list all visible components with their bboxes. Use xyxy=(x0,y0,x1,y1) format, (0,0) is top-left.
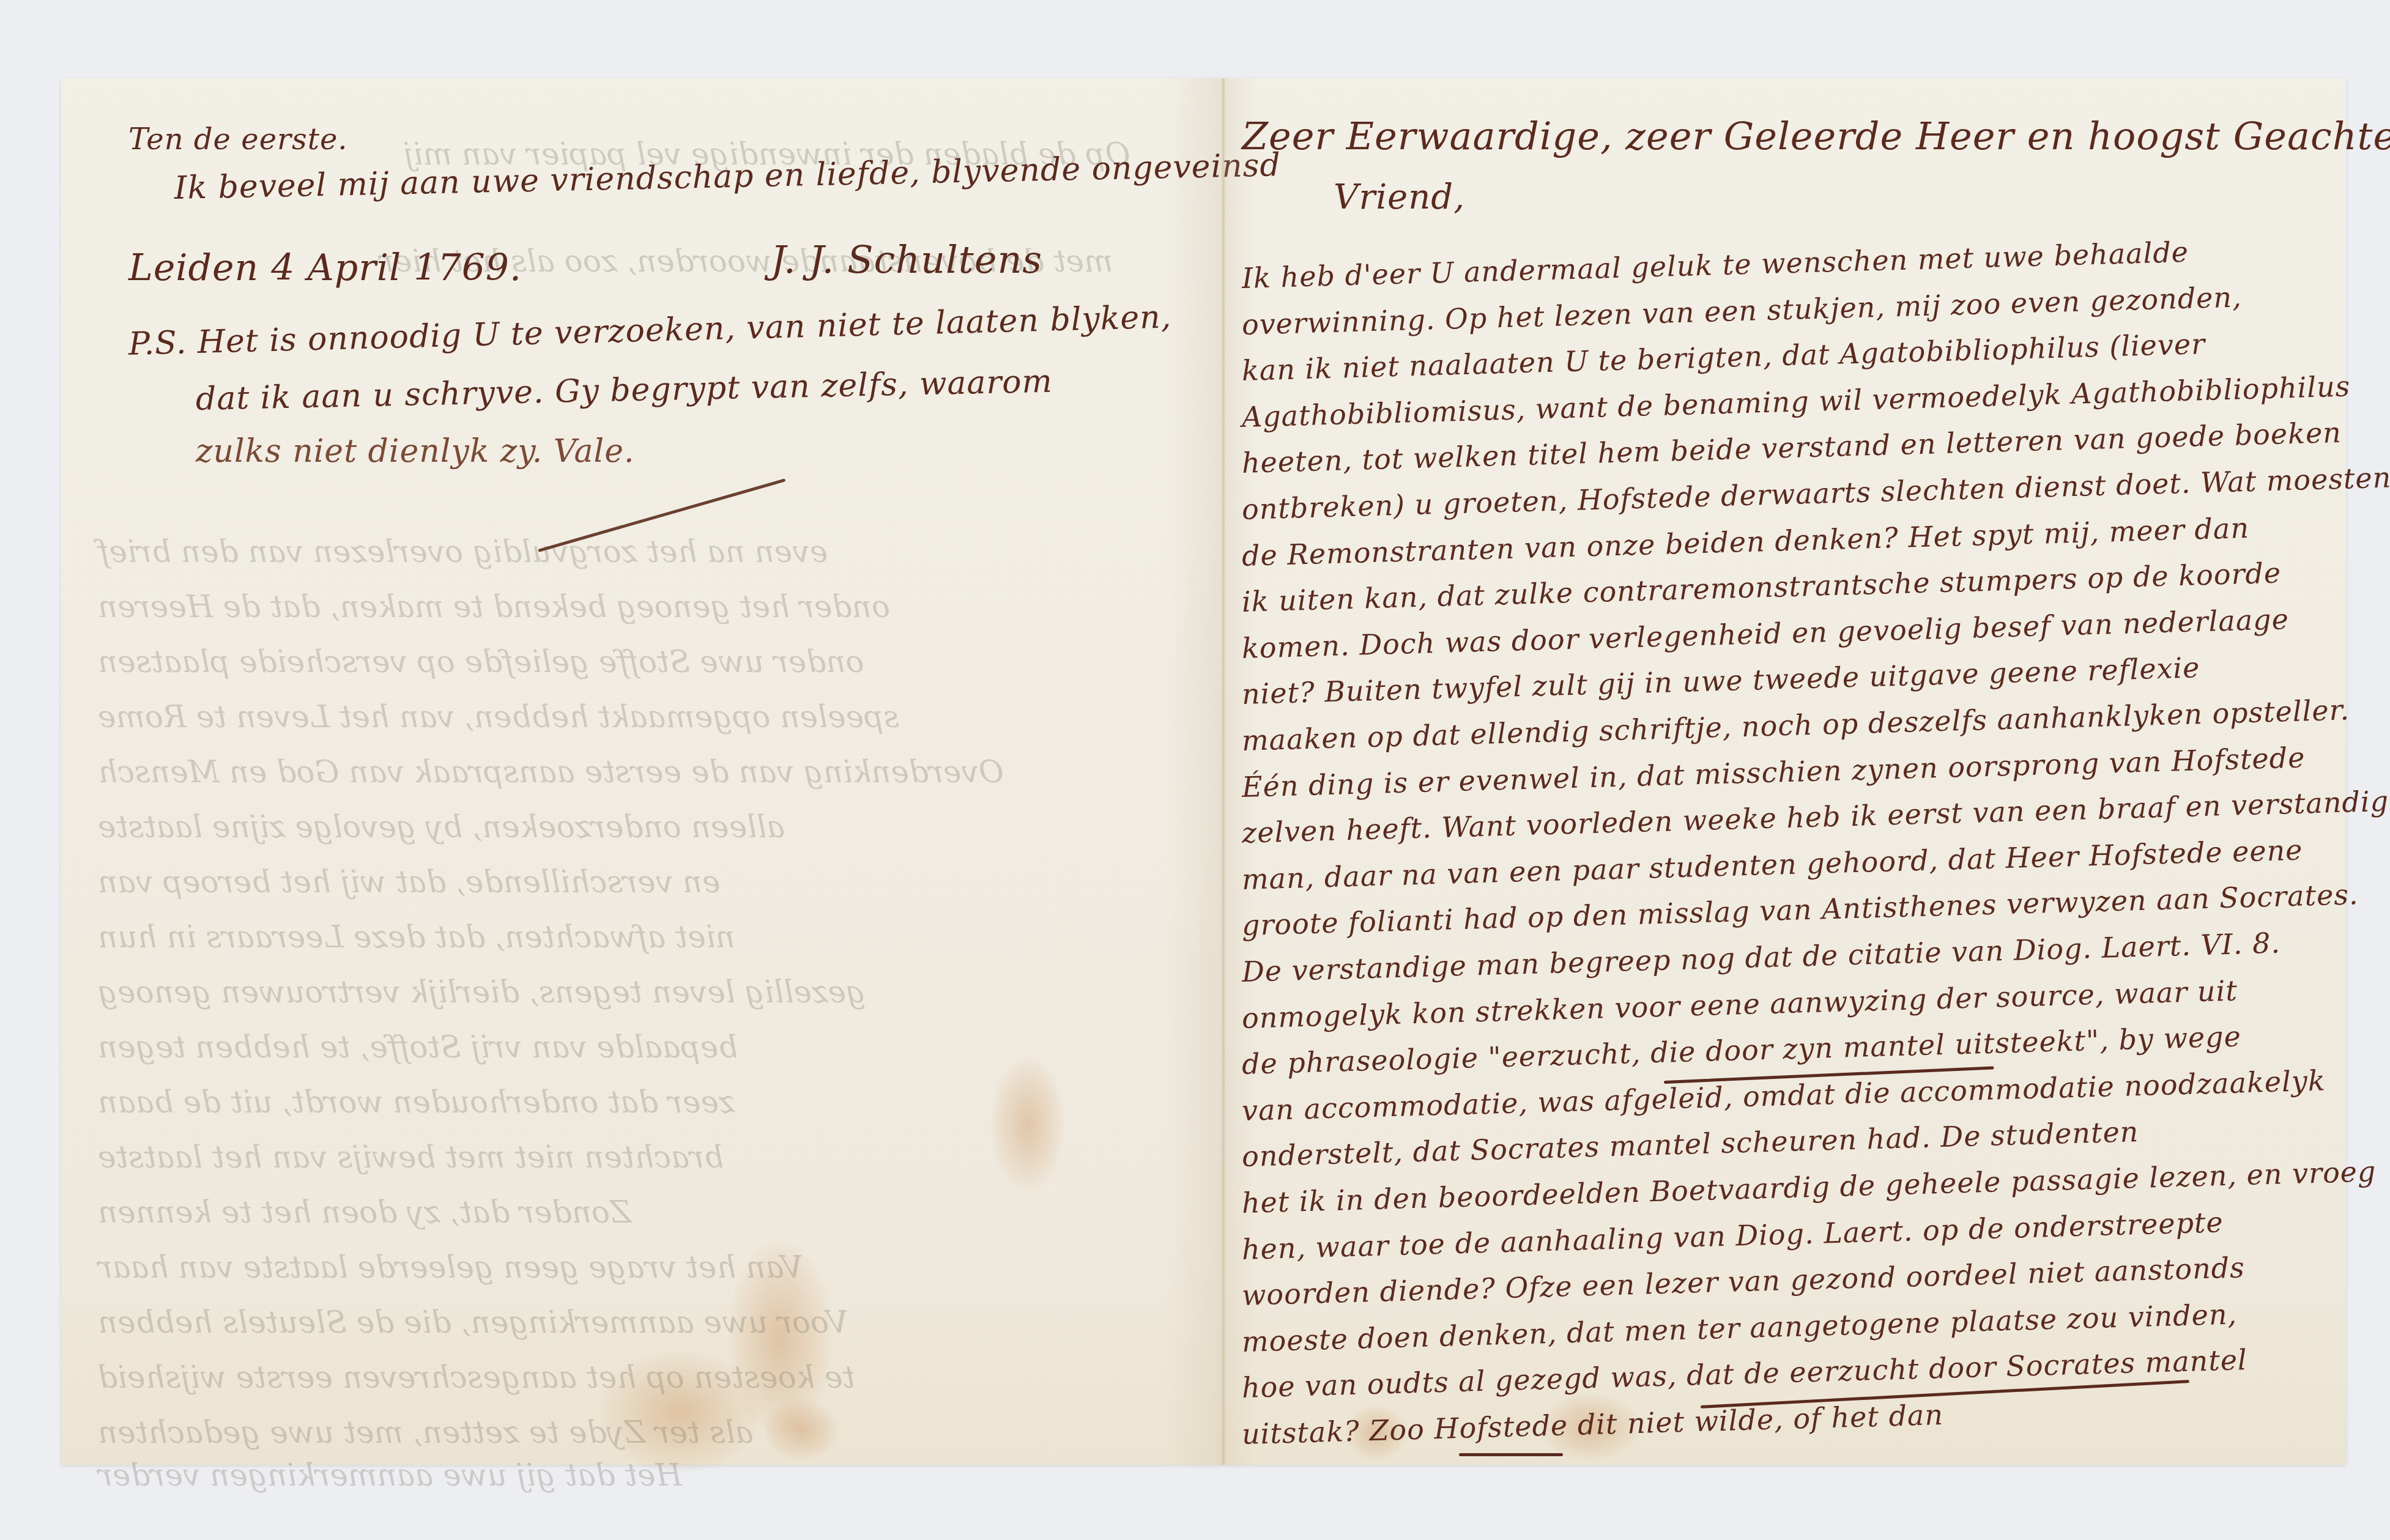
postscript-line: P.S. Het is onnoodig U te verzoeken, van… xyxy=(128,298,1172,363)
letter-sheet: Op de bladen der inwendige vel papier va… xyxy=(61,78,2346,1465)
postscript-line: zulks niet dienlyk zy. Vale. xyxy=(196,433,634,470)
bleed-through-line: onder het genoeg bekend te maken, dat de… xyxy=(98,589,890,624)
postscript-line: dat ik aan u schryve. Gy begrypt van zel… xyxy=(195,363,1053,418)
foxing-stain xyxy=(991,1057,1064,1191)
place-date: Leiden 4 April 1769. xyxy=(128,246,522,289)
bleed-through-line: Zonder dat, zy doen het te kennen xyxy=(98,1194,631,1230)
bleed-through-line: Voor uwe aanmerkingen, die de Sleutels h… xyxy=(98,1305,848,1340)
body-line: onderstelt, dat Socrates mantel scheuren… xyxy=(1241,1115,2139,1173)
bleed-through-line: als ter Zyde te zetten, met uwe gedachte… xyxy=(98,1415,754,1450)
salutation: Vriend, xyxy=(1334,177,1465,217)
bleed-through-line: en verschillende, dat wij het beroep van xyxy=(98,864,721,900)
bleed-through-line: Overdenking van de eerste aanspraak van … xyxy=(98,754,1004,790)
bleed-through-line: even na het zorgvuldig overlezen van den… xyxy=(98,534,828,569)
salutation: Zeer Eerwaardige, zeer Geleerde Heer en … xyxy=(1242,114,2390,158)
bleed-through-line: gezellig leven tegens, dierlijk vertrouw… xyxy=(98,974,866,1010)
foxing-stain xyxy=(765,1399,838,1460)
signature: J. J. Schultens xyxy=(771,237,1042,282)
bleed-through-line: zeer dat onderhouden wordt, uit de baan xyxy=(98,1084,735,1120)
left-page: Op de bladen der inwendige vel papier va… xyxy=(61,78,1223,1465)
closing-line: Ten de eerste. xyxy=(128,122,348,157)
bleed-through-line: speelen opgemaakt hebben, van het Leven … xyxy=(98,699,899,735)
bleed-through-line: Het dat gij uwe aanmerkingen verder xyxy=(98,1457,682,1493)
underline xyxy=(1459,1453,1563,1456)
bleed-through-line: alleen onderzoeken, by gevolge zijne laa… xyxy=(98,809,785,845)
bleed-through-line: bepaalde van vrij Stoffe, te hebben tege… xyxy=(98,1029,738,1065)
bleed-through-line: te koesten op het aangeschreven eerste w… xyxy=(98,1360,855,1395)
right-page: Zeer Eerwaardige, zeer Geleerde Heer en … xyxy=(1223,78,2346,1465)
bleed-through-line: Van het vrage geen geleerde laatste van … xyxy=(98,1249,803,1285)
bleed-through-line: niet afwachten, dat deze Leeraars in hun xyxy=(98,919,735,955)
bleed-through-line: brachten niet met bewijs van het laatste xyxy=(98,1139,724,1175)
bleed-through-line: onder uwe Stoffe geliefde op verscheide … xyxy=(98,644,864,679)
